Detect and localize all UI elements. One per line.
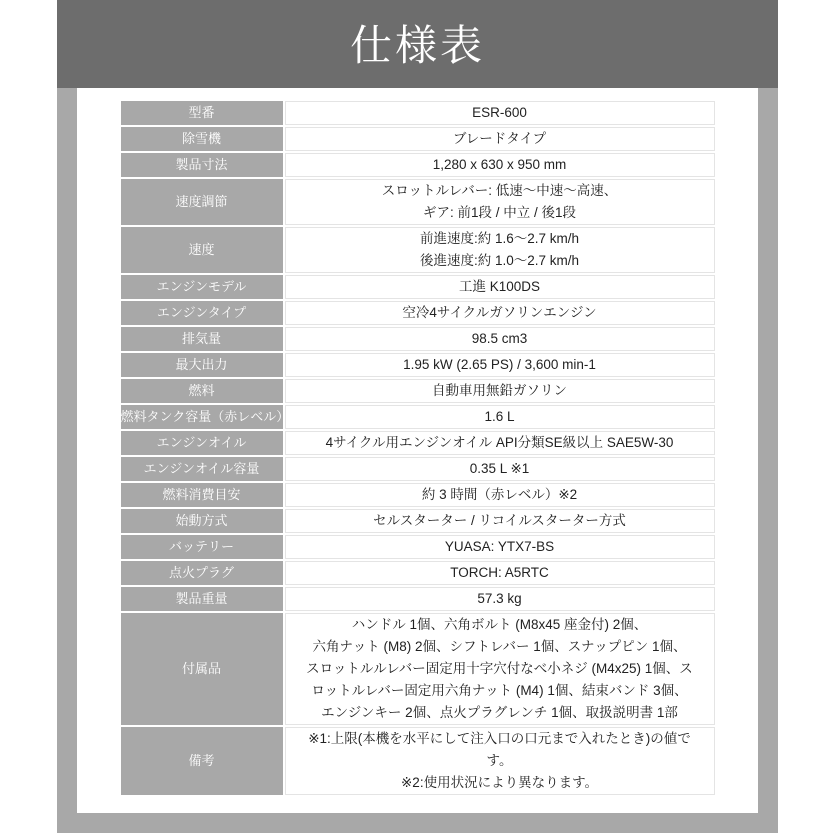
spec-value-line: 1,280 x 630 x 950 mm: [286, 154, 714, 176]
spec-value: ハンドル 1個、六角ボルト (M8x45 座金付) 2個、六角ナット (M8) …: [285, 613, 715, 725]
spec-label: 燃料: [121, 379, 283, 403]
spec-value-line: 57.3 kg: [286, 588, 714, 610]
spec-value: 57.3 kg: [285, 587, 715, 611]
spec-label: バッテリー: [121, 535, 283, 559]
spec-value: 0.35 L ※1: [285, 457, 715, 481]
spec-value-line: ※2:使用状況により異なります。: [286, 772, 714, 794]
spec-label: 速度: [121, 227, 283, 273]
table-row: バッテリーYUASA: YTX7-BS: [121, 535, 715, 559]
spec-table-body: 型番ESR-600除雪機ブレードタイプ製品寸法1,280 x 630 x 950…: [121, 101, 715, 795]
spec-value: TORCH: A5RTC: [285, 561, 715, 585]
table-row: エンジンタイプ空冷4サイクルガソリンエンジン: [121, 301, 715, 325]
table-row: 点火プラグTORCH: A5RTC: [121, 561, 715, 585]
table-row: 始動方式セルスターター / リコイルスターター方式: [121, 509, 715, 533]
spec-value: 4サイクル用エンジンオイル API分類SE級以上 SAE5W-30: [285, 431, 715, 455]
spec-value: ※1:上限(本機を水平にして注入口の口元まで入れたとき)の値です。※2:使用状況…: [285, 727, 715, 795]
spec-value-line: セルスターター / リコイルスターター方式: [286, 510, 714, 532]
spec-value-line: 空冷4サイクルガソリンエンジン: [286, 302, 714, 324]
spec-value-line: 工進 K100DS: [286, 276, 714, 298]
table-row: 備考※1:上限(本機を水平にして注入口の口元まで入れたとき)の値です。※2:使用…: [121, 727, 715, 795]
spec-value: 1.95 kW (2.65 PS) / 3,600 min-1: [285, 353, 715, 377]
spec-label: 付属品: [121, 613, 283, 725]
spec-value-line: 後進速度:約 1.0〜2.7 km/h: [286, 250, 714, 272]
table-row: 製品寸法1,280 x 630 x 950 mm: [121, 153, 715, 177]
table-row: 燃料タンク容量（赤レベル）1.6 L: [121, 405, 715, 429]
table-row: エンジンオイル容量0.35 L ※1: [121, 457, 715, 481]
spec-label: 点火プラグ: [121, 561, 283, 585]
spec-value-line: YUASA: YTX7-BS: [286, 536, 714, 558]
spec-label: 最大出力: [121, 353, 283, 377]
table-row: 排気量98.5 cm3: [121, 327, 715, 351]
table-row: エンジンモデル工進 K100DS: [121, 275, 715, 299]
spec-value: 1.6 L: [285, 405, 715, 429]
table-row: 型番ESR-600: [121, 101, 715, 125]
table-row: エンジンオイル4サイクル用エンジンオイル API分類SE級以上 SAE5W-30: [121, 431, 715, 455]
spec-value-line: スロットルルレバー固定用十字穴付なべ小ネジ (M4x25) 1個、ス: [286, 658, 714, 680]
page-title: 仕様表: [57, 0, 778, 92]
spec-value-line: 0.35 L ※1: [286, 458, 714, 480]
spec-value: ESR-600: [285, 101, 715, 125]
spec-value-line: 4サイクル用エンジンオイル API分類SE級以上 SAE5W-30: [286, 432, 714, 454]
spec-value: 工進 K100DS: [285, 275, 715, 299]
spec-label: 速度調節: [121, 179, 283, 225]
spec-value: YUASA: YTX7-BS: [285, 535, 715, 559]
spec-value-line: 六角ナット (M8) 2個、シフトレバー 1個、スナップピン 1個、: [286, 636, 714, 658]
spec-table: 型番ESR-600除雪機ブレードタイプ製品寸法1,280 x 630 x 950…: [119, 99, 717, 797]
spec-value-line: 1.6 L: [286, 406, 714, 428]
spec-value-line: TORCH: A5RTC: [286, 562, 714, 584]
spec-label: エンジンモデル: [121, 275, 283, 299]
spec-value-line: ギア: 前1段 / 中立 / 後1段: [286, 202, 714, 224]
spec-value: 前進速度:約 1.6〜2.7 km/h後進速度:約 1.0〜2.7 km/h: [285, 227, 715, 273]
spec-value: スロットルレバー: 低速〜中速〜高速、ギア: 前1段 / 中立 / 後1段: [285, 179, 715, 225]
content-box: 型番ESR-600除雪機ブレードタイプ製品寸法1,280 x 630 x 950…: [77, 88, 758, 813]
spec-value-line: 1.95 kW (2.65 PS) / 3,600 min-1: [286, 354, 714, 376]
spec-value-line: 約 3 時間（赤レベル）※2: [286, 484, 714, 506]
table-row: 除雪機ブレードタイプ: [121, 127, 715, 151]
spec-value-line: ※1:上限(本機を水平にして注入口の口元まで入れたとき)の値で: [286, 728, 714, 750]
spec-value-line: 98.5 cm3: [286, 328, 714, 350]
spec-value-line: ハンドル 1個、六角ボルト (M8x45 座金付) 2個、: [286, 614, 714, 636]
spec-value: 1,280 x 630 x 950 mm: [285, 153, 715, 177]
table-row: 最大出力1.95 kW (2.65 PS) / 3,600 min-1: [121, 353, 715, 377]
spec-value-line: す。: [286, 750, 714, 772]
spec-label: 型番: [121, 101, 283, 125]
header-band: 仕様表: [57, 0, 778, 88]
spec-value-line: 前進速度:約 1.6〜2.7 km/h: [286, 228, 714, 250]
spec-label: 備考: [121, 727, 283, 795]
spec-value: 約 3 時間（赤レベル）※2: [285, 483, 715, 507]
spec-label: 除雪機: [121, 127, 283, 151]
spec-value: 空冷4サイクルガソリンエンジン: [285, 301, 715, 325]
spec-value: 98.5 cm3: [285, 327, 715, 351]
table-row: 燃料自動車用無鉛ガソリン: [121, 379, 715, 403]
spec-value-line: ロットルレバー固定用六角ナット (M4) 1個、結束バンド 3個、: [286, 680, 714, 702]
spec-value-line: 自動車用無鉛ガソリン: [286, 380, 714, 402]
spec-label: エンジンオイル容量: [121, 457, 283, 481]
spec-value-line: ESR-600: [286, 102, 714, 124]
spec-value: ブレードタイプ: [285, 127, 715, 151]
table-row: 燃料消費目安約 3 時間（赤レベル）※2: [121, 483, 715, 507]
spec-label: エンジンオイル: [121, 431, 283, 455]
spec-label: 製品寸法: [121, 153, 283, 177]
page-column: 仕様表 型番ESR-600除雪機ブレードタイプ製品寸法1,280 x 630 x…: [57, 0, 778, 833]
spec-label: 排気量: [121, 327, 283, 351]
spec-value: 自動車用無鉛ガソリン: [285, 379, 715, 403]
spec-value-line: エンジンキー 2個、点火プラグレンチ 1個、取扱説明書 1部: [286, 702, 714, 724]
spec-label: 始動方式: [121, 509, 283, 533]
spec-value-line: スロットルレバー: 低速〜中速〜高速、: [286, 180, 714, 202]
table-row: 速度調節スロットルレバー: 低速〜中速〜高速、ギア: 前1段 / 中立 / 後1…: [121, 179, 715, 225]
spec-label: 燃料消費目安: [121, 483, 283, 507]
spec-label: 燃料タンク容量（赤レベル）: [121, 405, 283, 429]
spec-label: 製品重量: [121, 587, 283, 611]
spec-label: エンジンタイプ: [121, 301, 283, 325]
table-row: 製品重量57.3 kg: [121, 587, 715, 611]
table-row: 付属品ハンドル 1個、六角ボルト (M8x45 座金付) 2個、六角ナット (M…: [121, 613, 715, 725]
table-row: 速度前進速度:約 1.6〜2.7 km/h後進速度:約 1.0〜2.7 km/h: [121, 227, 715, 273]
spec-value: セルスターター / リコイルスターター方式: [285, 509, 715, 533]
spec-value-line: ブレードタイプ: [286, 128, 714, 150]
